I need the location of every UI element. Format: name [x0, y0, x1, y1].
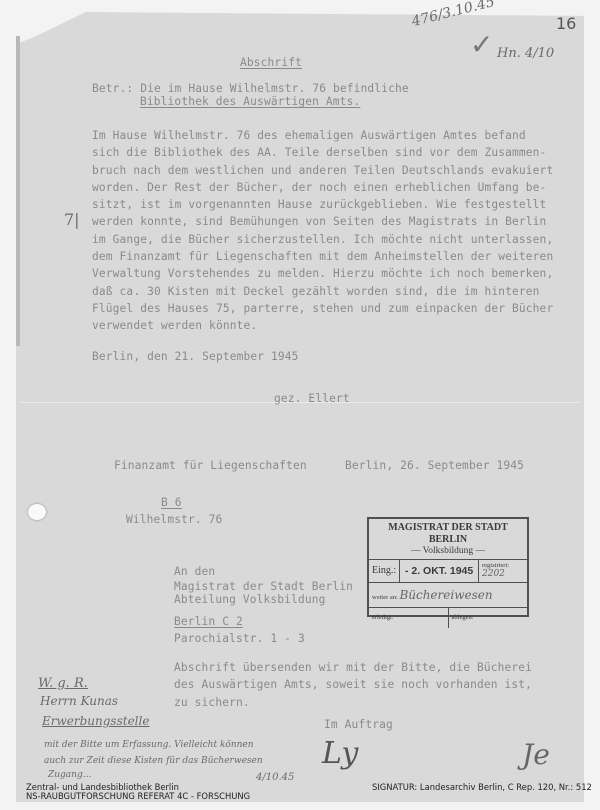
copy-body-line: daß ca. 30 Kisten mit Deckel gezählt wor…	[92, 283, 553, 300]
copy-body-line: dem Finanzamt für Liegenschaften mit dem…	[92, 248, 553, 265]
copy-body-line: verwendet werden könnte.	[92, 317, 553, 334]
sheet-edge	[16, 36, 20, 346]
initials-date-note: Hn. 4/10	[497, 46, 554, 61]
closing: Im Auftrag	[324, 716, 393, 733]
recipient-city: Berlin C 2	[174, 613, 243, 630]
sender-office: Finanzamt für Liegenschaften	[114, 457, 307, 474]
stamp-forward-value: Büchereiwesen	[399, 588, 492, 602]
recipient-line-3: Abteilung Volksbildung	[174, 593, 325, 606]
recipient-line-2: Magistrat der Stadt Berlin	[174, 580, 353, 593]
sender-street: Wilhelmstr. 76	[126, 511, 222, 528]
stamp-registered-value: 2202	[482, 570, 524, 579]
stamp-done-label: erledigt.	[369, 608, 449, 628]
letter-body: Abschrift übersenden wir mit der Bitte, …	[174, 659, 532, 711]
signature-right: Je	[522, 738, 550, 771]
recipient-street: Parochialstr. 1 - 3	[174, 630, 305, 647]
handwritten-note-4: mit der Bitte um Erfassung. Vielleicht k…	[44, 740, 254, 750]
footer-signature-ref: SIGNATUR: Landesarchiv Berlin, C Rep. 12…	[372, 782, 592, 792]
footer-department: NS-RAUBGUTFORSCHUNG REFERAT 4C - FORSCHU…	[26, 791, 250, 801]
handwritten-note-3: Erwerbungsstelle	[42, 714, 149, 728]
letter-place-date: Berlin, 26. September 1945	[345, 457, 524, 474]
copy-body-line: bruch nach dem westlichen und anderen Te…	[92, 162, 553, 179]
copy-body-line: werden konnte, sind Bemühungen von Seite…	[92, 213, 553, 230]
letter-body-line: Abschrift übersenden wir mit der Bitte, …	[174, 659, 532, 676]
copy-body-line: Im Hause Wilhelmstr. 76 des ehemaligen A…	[92, 127, 553, 144]
copy-body-line: Verwaltung Vorstehendes zu melden. Hierz…	[92, 265, 553, 282]
stamp-registered: registriert: 2202	[479, 560, 527, 582]
copy-place-date: Berlin, den 21. September 1945	[92, 348, 299, 365]
stamp-title: MAGISTRAT DER STADT BERLIN	[369, 519, 527, 546]
checkmark-icon: ✓	[470, 28, 493, 61]
copy-body-line: sitzt, ist im vorgenannten Hause zurückg…	[92, 196, 553, 213]
handwritten-note-1: W. g. R.	[38, 676, 88, 691]
copy-signature: gez. Ellert	[274, 390, 350, 407]
handwritten-note-5: auch zur Zeit diese Kisten für das Büche…	[44, 756, 263, 766]
copy-heading: Abschrift	[240, 54, 302, 71]
copy-body: Im Hause Wilhelmstr. 76 des ehemaligen A…	[92, 127, 553, 335]
copy-body-line: worden. Der Rest der Bücher, der noch ei…	[92, 179, 553, 196]
handwritten-note-6: Zugang…	[48, 770, 92, 780]
stamp-forward: weiter an: Büchereiwesen	[369, 583, 527, 607]
copy-body-line: sich die Bibliothek des AA. Teile dersel…	[92, 144, 553, 161]
stamp-date: - 2. OKT. 1945	[400, 560, 479, 582]
stamp-eing-label: Eing.:	[369, 560, 400, 582]
stamp-subtitle: — Volksbildung —	[369, 546, 527, 560]
letter-body-line: des Auswärtigen Amts, soweit sie noch vo…	[174, 676, 532, 693]
punch-hole	[28, 504, 46, 520]
handwritten-note-2: Herrn Kunas	[40, 694, 118, 708]
recipient-line-1: An den	[174, 563, 215, 580]
handwritten-date: 4/10.45	[256, 772, 294, 783]
stamp-file-label: ablegen:	[449, 608, 528, 628]
signature-left: Ly	[322, 736, 358, 771]
page-number: 16	[556, 14, 576, 33]
margin-mark: 7|	[64, 210, 80, 229]
copy-body-line: im Gange, die Bücher sicherzustellen. Ic…	[92, 231, 553, 248]
stamp-forward-label: weiter an:	[372, 594, 398, 601]
letter-body-line: zu sichern.	[174, 694, 532, 711]
copy-body-line: Flügel des Hauses 75, parterre, stehen u…	[92, 300, 553, 317]
subject-line-2: Bibliothek des Auswärtigen Amts.	[92, 93, 360, 110]
reference-code: B 6	[161, 494, 182, 511]
received-stamp: MAGISTRAT DER STADT BERLIN — Volksbildun…	[367, 517, 529, 617]
